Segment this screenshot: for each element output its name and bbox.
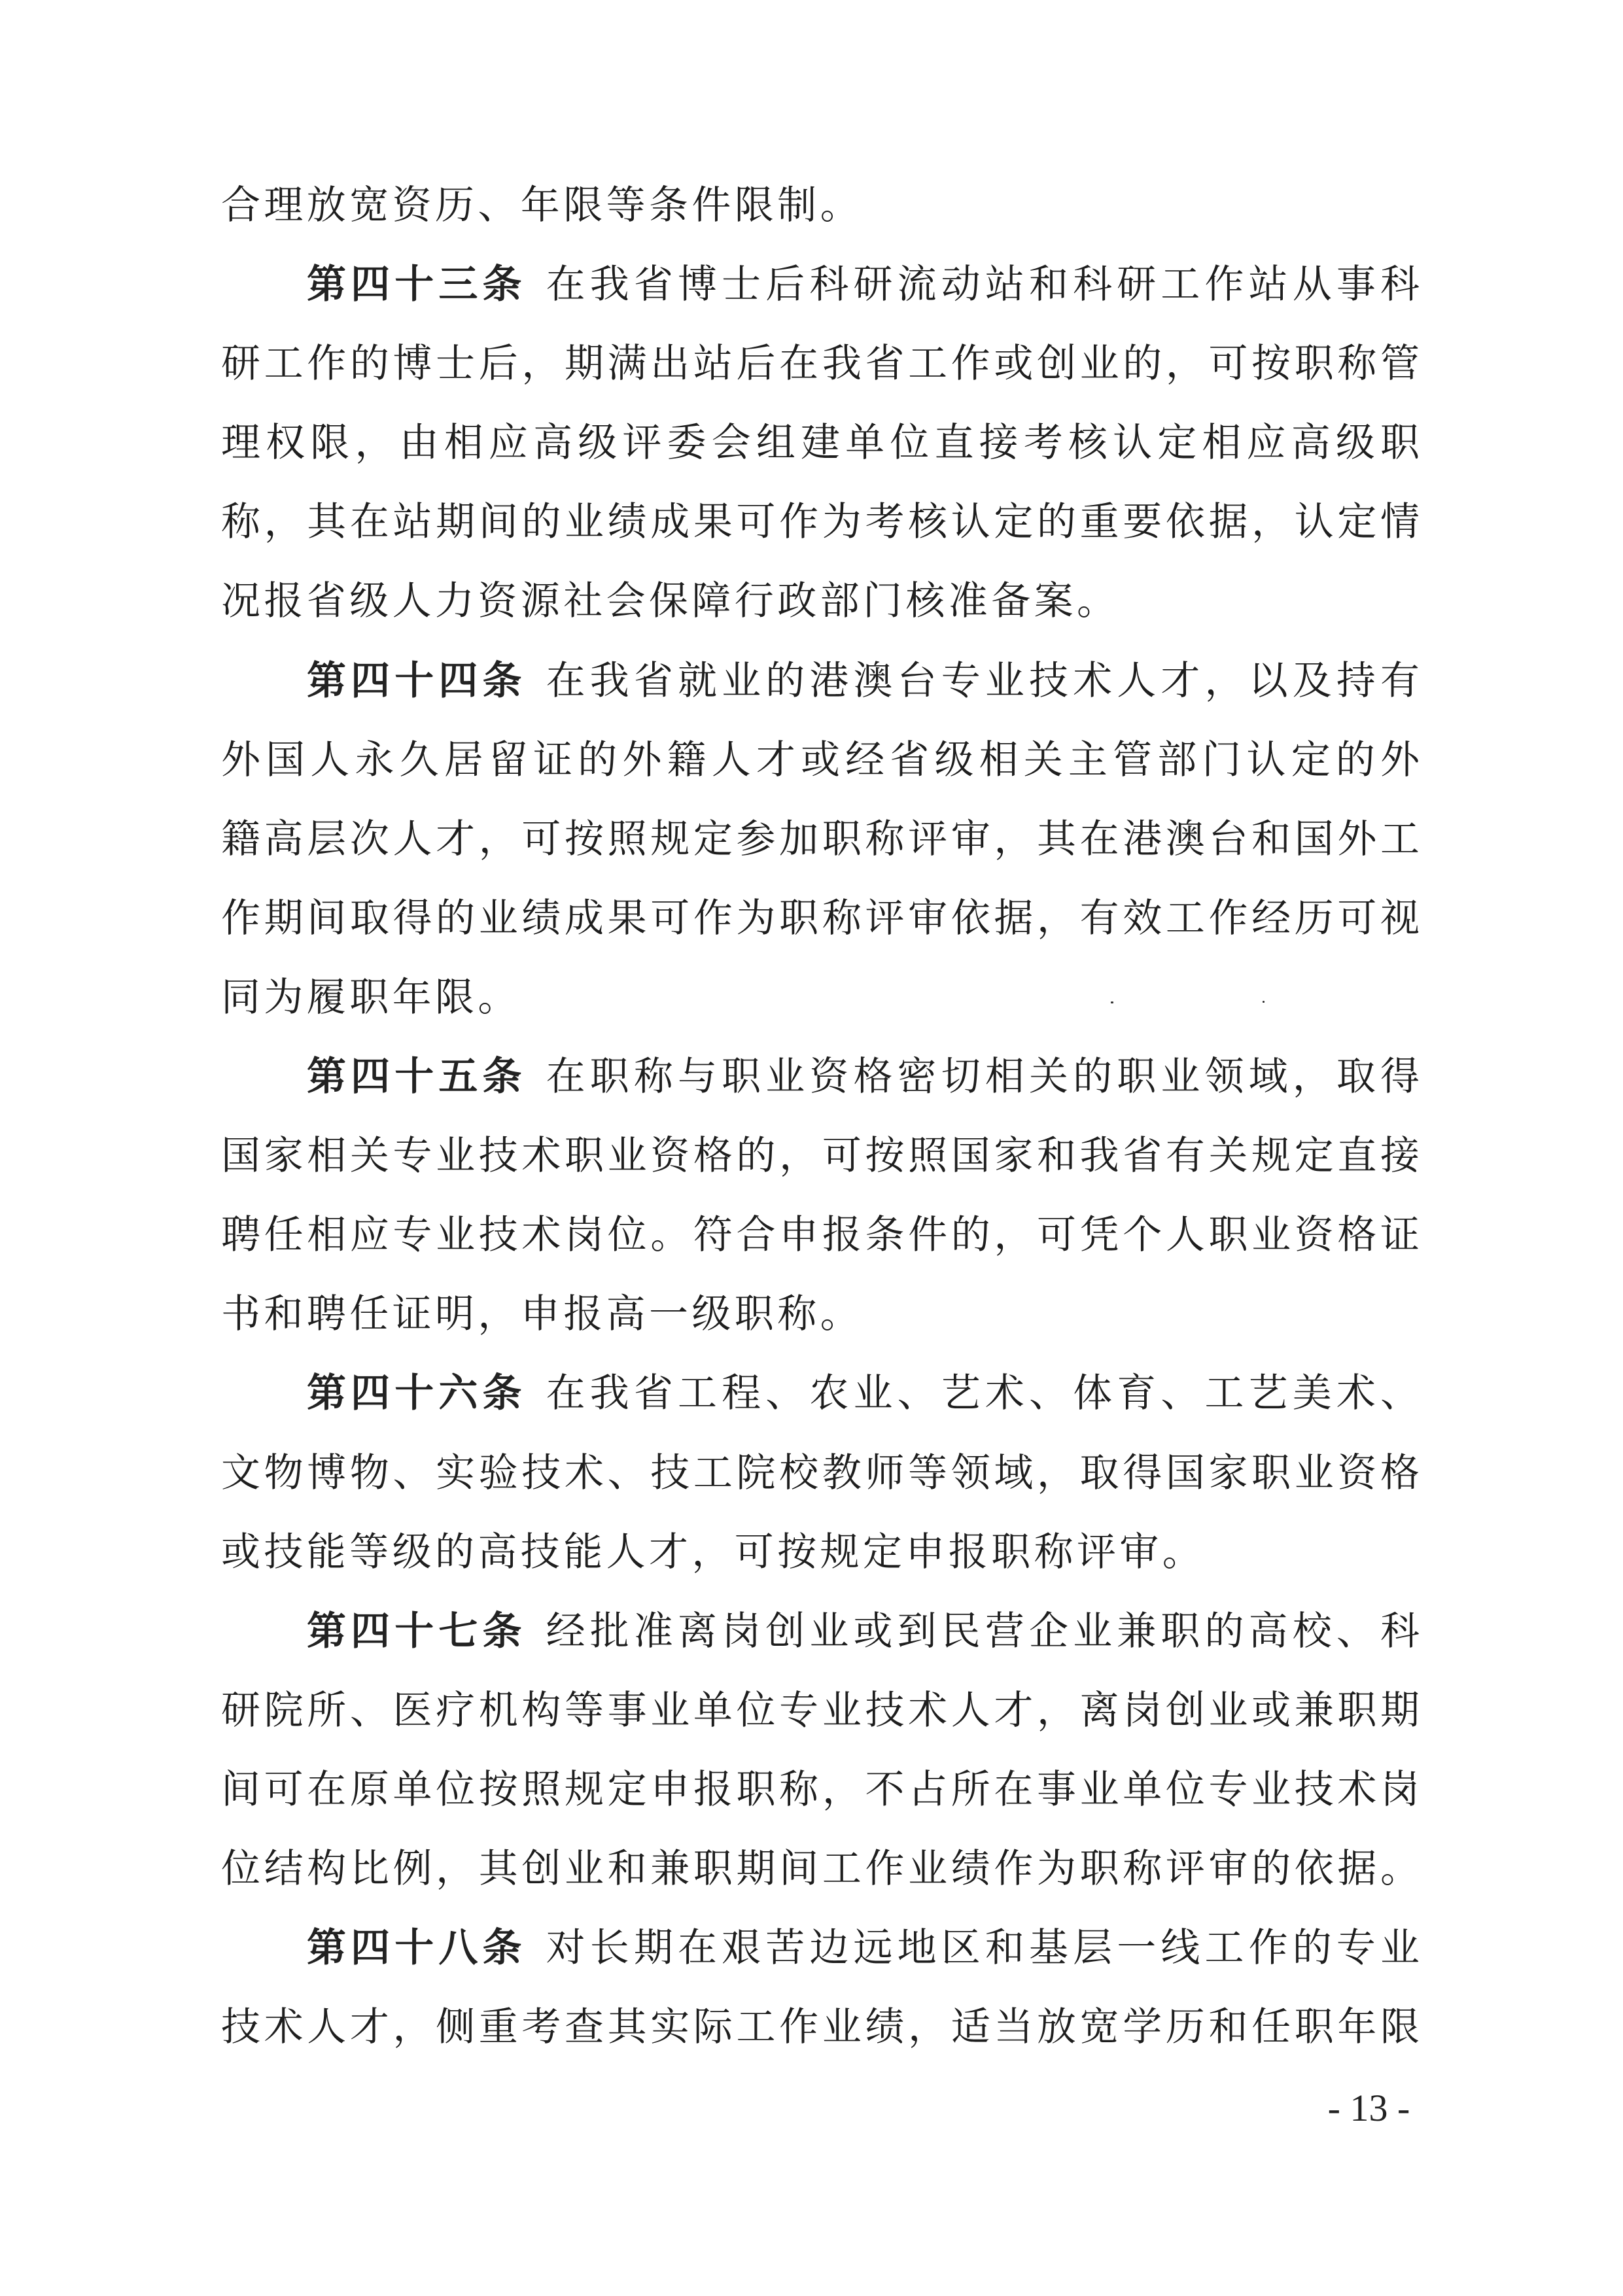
text-line: 对长期在艰苦边远地区和基层一线工作的专业 [546,1925,1420,1971]
text-line: 研工作的博士后，期满出站后在我省工作或创业的，可按职称管 [221,324,1420,404]
article-title: 第四十七条 [307,1609,527,1654]
document-body: 合理放宽资历、年限等条件限制。 第四十三条在我省博士后科研流动站和科研工作站从事… [221,166,1420,2067]
article-title: 第四十六条 [307,1370,527,1416]
text-line: 书和聘任证明，申报高一级职称。 [221,1275,1420,1354]
article-46-heading-line: 第四十六条在我省工程、农业、艺术、体育、工艺美术、 [221,1354,1420,1433]
text-line: 外国人永久居留证的外籍人才或经省级相关主管部门认定的外 [221,721,1420,800]
article-44-heading-line: 第四十四条在我省就业的港澳台专业技术人才，以及持有 [221,642,1420,721]
scan-speck [1263,1001,1265,1003]
text-line: 在我省就业的港澳台专业技术人才，以及持有 [546,658,1420,704]
text-line: 间可在原单位按照规定申报职称，不占所在事业单位专业技术岗 [221,1750,1420,1830]
text-line: 技术人才，侧重考查其实际工作业绩，适当放宽学历和任职年限 [221,1988,1420,2067]
text-line: 合理放宽资历、年限等条件限制。 [221,166,1420,245]
article-47-heading-line: 第四十七条经批准离岗创业或到民营企业兼职的高校、科 [221,1592,1420,1671]
text-line: 理权限，由相应高级评委会组建单位直接考核认定相应高级职 [221,404,1420,483]
article-45-heading-line: 第四十五条在职称与职业资格密切相关的职业领域，取得 [221,1037,1420,1117]
text-line: 籍高层次人才，可按照规定参加职称评审，其在港澳台和国外工 [221,800,1420,879]
text-line: 在职称与职业资格密切相关的职业领域，取得 [546,1054,1420,1100]
scan-speck [1111,1001,1113,1003]
text-line: 或技能等级的高技能人才，可按规定申报职称评审。 [221,1513,1420,1592]
text-line: 在我省博士后科研流动站和科研工作站从事科 [546,262,1420,307]
article-title: 第四十四条 [307,658,527,704]
page-number: - 13 - [1308,2087,1429,2130]
document-page: 合理放宽资历、年限等条件限制。 第四十三条在我省博士后科研流动站和科研工作站从事… [0,0,1623,2296]
text-line: 聘任相应专业技术岗位。符合申报条件的，可凭个人职业资格证 [221,1196,1420,1275]
text-line: 在我省工程、农业、艺术、体育、工艺美术、 [546,1370,1420,1416]
text-line: 国家相关专业技术职业资格的，可按照国家和我省有关规定直接 [221,1117,1420,1196]
article-title: 第四十五条 [307,1054,527,1100]
article-title: 第四十三条 [307,262,527,307]
text-line: 文物博物、实验技术、技工院校教师等领域，取得国家职业资格 [221,1434,1420,1513]
text-line: 同为履职年限。 [221,958,1420,1037]
text-line: 位结构比例，其创业和兼职期间工作业绩作为职称评审的依据。 [221,1830,1420,1909]
text-line: 研院所、医疗机构等事业单位专业技术人才，离岗创业或兼职期 [221,1671,1420,1750]
text-line: 经批准离岗创业或到民营企业兼职的高校、科 [546,1609,1420,1654]
text-line: 况报省级人力资源社会保障行政部门核准备案。 [221,562,1420,641]
text-line: 称，其在站期间的业绩成果可作为考核认定的重要依据，认定情 [221,483,1420,562]
article-43-heading-line: 第四十三条在我省博士后科研流动站和科研工作站从事科 [221,245,1420,324]
article-48-heading-line: 第四十八条对长期在艰苦边远地区和基层一线工作的专业 [221,1909,1420,1988]
text-line: 作期间取得的业绩成果可作为职称评审依据，有效工作经历可视 [221,879,1420,958]
article-title: 第四十八条 [307,1925,527,1971]
